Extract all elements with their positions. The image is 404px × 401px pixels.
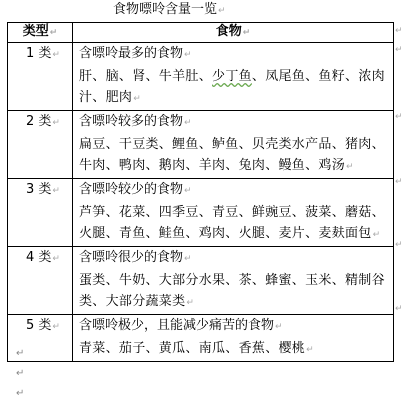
- table-row: 4 类↵ 含嘌呤很少的食物↵ 蛋类、牛奶、大部分水果、茶、蜂蜜、玉米、精制谷类、…: [8, 247, 394, 315]
- row-foods: 芦笋、花菜、四季豆、青豆、鲜豌豆、菠菜、蘑菇、火腿、青鱼、鲑鱼、鸡肉、火腿、麦片…: [79, 202, 393, 246]
- header-food: 食物↵: [73, 23, 394, 43]
- row-end-mark-icon: ↵: [395, 112, 403, 122]
- document-title: 食物嘌呤含量一览↵: [113, 2, 226, 19]
- cell-mark-icon: ↵: [52, 322, 60, 332]
- food-cell: 含嘌呤很少的食物↵ 蛋类、牛奶、大部分水果、茶、蜂蜜、玉米、精制谷类、大部分蔬菜…: [73, 247, 394, 315]
- row-end-mark-icon: ↵: [395, 177, 403, 187]
- cell-mark-icon: ↵: [52, 50, 60, 60]
- paragraph-mark-icon: ↵: [184, 118, 192, 128]
- food-cell: 含嘌呤最多的食物↵ 肝、脑、肾、牛羊肚、少丁鱼、凤尾鱼、鱼籽、浓肉汁、肥肉↵: [73, 43, 394, 111]
- type-cell: 2 类↵: [8, 111, 73, 179]
- cell-mark-icon: ↵: [50, 28, 58, 38]
- paragraph-mark-icon: ↵: [306, 345, 314, 355]
- row-description: 含嘌呤较少的食物: [79, 182, 183, 197]
- type-cell: 4 类↵: [8, 247, 73, 315]
- row-description: 含嘌呤很少的食物: [79, 250, 183, 265]
- purine-table: 类型↵ 食物↵ 1 类↵ 含嘌呤最多的食物↵ 肝、脑、肾、牛羊肚、少丁鱼、凤尾鱼…: [7, 22, 394, 362]
- cell-mark-icon: ↵: [52, 118, 60, 128]
- empty-paragraph-mark-icon: ↵: [16, 368, 24, 379]
- cell-mark-icon: ↵: [52, 254, 60, 264]
- paragraph-mark-icon: ↵: [184, 50, 192, 60]
- row-description: 含嘌呤较多的食物: [79, 114, 183, 129]
- paragraph-mark-icon: ↵: [218, 6, 226, 16]
- row-description: 含嘌呤极少，且能减少痛苦的食物: [79, 318, 274, 333]
- header-type: 类型↵: [8, 23, 73, 43]
- title-text: 食物嘌呤含量一览: [113, 2, 217, 17]
- food-cell: 含嘌呤极少，且能减少痛苦的食物↵ 青菜、茄子、黄瓜、南瓜、香蕉、樱桃↵: [73, 315, 394, 362]
- empty-paragraph-mark-icon: ↵: [16, 388, 24, 399]
- paragraph-mark-icon: ↵: [346, 162, 354, 172]
- table-row: 3 类↵ 含嘌呤较少的食物↵ 芦笋、花菜、四季豆、青豆、鲜豌豆、菠菜、蘑菇、火腿…: [8, 179, 394, 247]
- empty-paragraph-mark-icon: ↵: [16, 348, 24, 359]
- row-end-mark-icon: ↵: [395, 304, 403, 314]
- row-description: 含嘌呤最多的食物: [79, 46, 183, 61]
- row-foods: 青菜、茄子、黄瓜、南瓜、香蕉、樱桃↵: [79, 338, 393, 361]
- cell-mark-icon: ↵: [52, 186, 60, 196]
- paragraph-mark-icon: ↵: [184, 186, 192, 196]
- table-header-row: 类型↵ 食物↵: [8, 23, 394, 43]
- row-foods: 扁豆、干豆类、鲤鱼、鲈鱼、贝壳类水产品、猪肉、牛肉、鸭肉、鹅肉、羊肉、兔肉、鳗鱼…: [79, 134, 393, 178]
- row-foods: 蛋类、牛奶、大部分水果、茶、蜂蜜、玉米、精制谷类、大部分蔬菜类↵: [79, 270, 393, 314]
- paragraph-mark-icon: ↵: [186, 298, 194, 308]
- cell-mark-icon: ↵: [243, 28, 251, 38]
- row-end-mark-icon: ↵: [395, 26, 403, 36]
- paragraph-mark-icon: ↵: [275, 322, 283, 332]
- table-row: 5 类↵ 含嘌呤极少，且能减少痛苦的食物↵ 青菜、茄子、黄瓜、南瓜、香蕉、樱桃↵: [8, 315, 394, 362]
- food-cell: 含嘌呤较多的食物↵ 扁豆、干豆类、鲤鱼、鲈鱼、贝壳类水产品、猪肉、牛肉、鸭肉、鹅…: [73, 111, 394, 179]
- row-foods: 肝、脑、肾、牛羊肚、少丁鱼、凤尾鱼、鱼籽、浓肉汁、肥肉↵: [79, 66, 393, 110]
- type-cell: 3 类↵: [8, 179, 73, 247]
- food-cell: 含嘌呤较少的食物↵ 芦笋、花菜、四季豆、青豆、鲜豌豆、菠菜、蘑菇、火腿、青鱼、鲑…: [73, 179, 394, 247]
- row-end-mark-icon: ↵: [395, 240, 403, 250]
- paragraph-mark-icon: ↵: [184, 254, 192, 264]
- spellcheck-squiggle[interactable]: 少丁鱼: [212, 69, 252, 84]
- type-cell: 1 类↵: [8, 43, 73, 111]
- paragraph-mark-icon: ↵: [133, 94, 141, 104]
- row-end-mark-icon: ↵: [395, 45, 403, 55]
- paragraph-mark-icon: ↵: [373, 230, 381, 240]
- table-row: 1 类↵ 含嘌呤最多的食物↵ 肝、脑、肾、牛羊肚、少丁鱼、凤尾鱼、鱼籽、浓肉汁、…: [8, 43, 394, 111]
- table-row: 2 类↵ 含嘌呤较多的食物↵ 扁豆、干豆类、鲤鱼、鲈鱼、贝壳类水产品、猪肉、牛肉…: [8, 111, 394, 179]
